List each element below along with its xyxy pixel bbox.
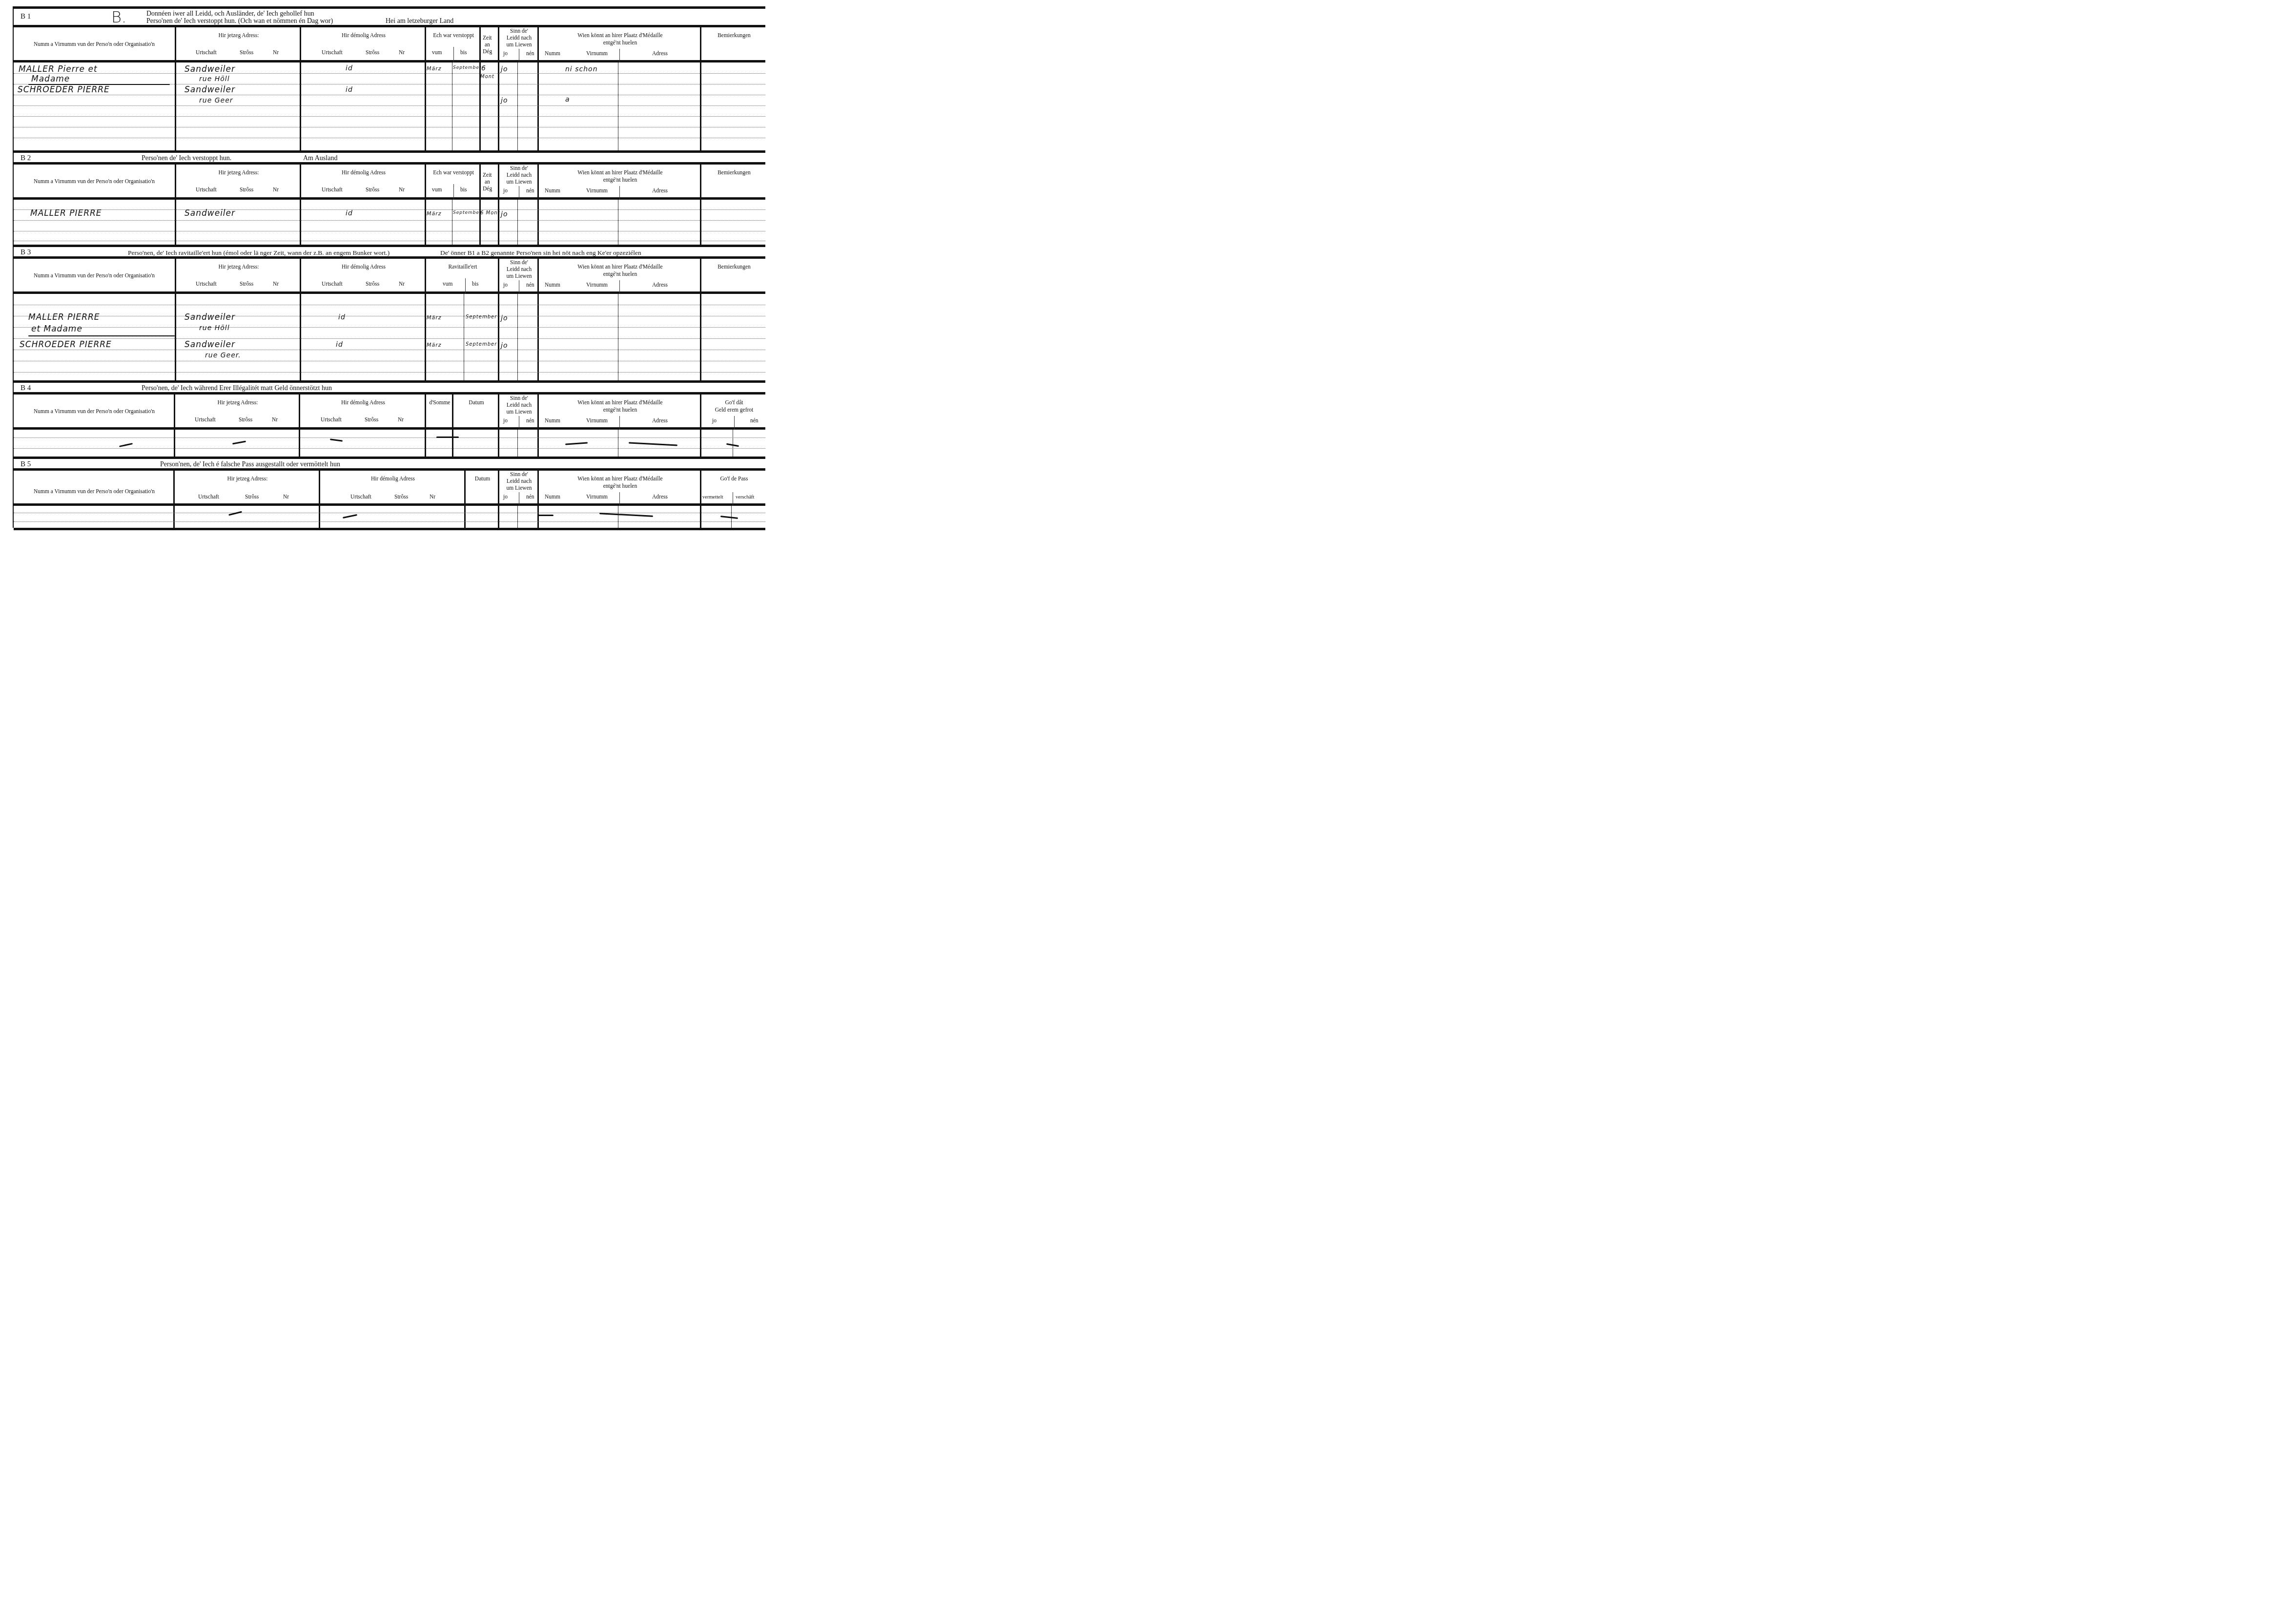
header-nr: Nr: [399, 187, 405, 194]
header-stross: Strôss: [245, 494, 259, 501]
header-sinn-3: um Liewen: [499, 179, 539, 186]
header-nr: Nr: [272, 416, 278, 424]
section-title-extra: Am Ausland: [303, 155, 337, 163]
header-numm: Numm: [545, 282, 560, 289]
column-rule: [700, 294, 701, 380]
header-vum: vum: [432, 187, 442, 194]
column-rule: [700, 430, 701, 457]
questionnaire-form: B 1 B. Donnéen iwer all Leidd, och Auslä…: [13, 6, 765, 528]
header-period-label: Ravitaille'ert: [426, 264, 499, 271]
section-code: B 5: [20, 460, 31, 469]
row-1-medal-name[interactable]: ni schon: [565, 65, 598, 73]
header-virnumm: Virnumm: [586, 494, 608, 501]
header-bis: bis: [460, 49, 467, 57]
header-stross: Strôss: [366, 187, 379, 194]
section-title: Person'nen, de' Iech é falsche Pass ausg…: [160, 461, 340, 469]
divider: [733, 492, 733, 506]
section-b2: B 2 Perso'nen de' Iech verstoppt hun. Am…: [14, 150, 765, 245]
header-vum: vum: [443, 281, 452, 288]
header-bemierkungen: Bemierkungen: [701, 169, 765, 177]
header-nen: nén: [526, 494, 534, 501]
header-bemierkungen: Bemierkungen: [701, 32, 765, 40]
header-bis: bis: [460, 187, 467, 194]
row-1-vum[interactable]: März: [427, 65, 442, 72]
row-1-former-address[interactable]: id: [346, 209, 353, 217]
dotted-row-line: [14, 231, 765, 231]
dotted-row-line: [14, 220, 765, 221]
column-rule: [537, 294, 539, 380]
header-nr: Nr: [273, 187, 279, 194]
section-b3-title-bar: B 3 Perso'nen, de' Iech ravitaille'ert h…: [14, 245, 765, 256]
divider: [619, 186, 620, 200]
header-days: Zeit an Dég: [479, 165, 498, 197]
header-virnumm: Virnumm: [586, 282, 608, 289]
dash-mark: [119, 443, 133, 447]
header-bemierkungen: Bemierkungen: [701, 264, 765, 271]
header-urtschaft: Urtschaft: [196, 281, 217, 288]
header-vermettelt: vermettelt: [702, 494, 723, 501]
header-remarks: Bemierkungen: [700, 165, 765, 197]
header-name: Numm a Virnumm vun der Perso'n oder Orga…: [19, 178, 170, 186]
header-hidden-period: Ech war verstoppt vum bis: [425, 165, 479, 197]
dotted-row-line: [14, 241, 765, 241]
header-sinn-2: Leidd nach: [499, 172, 539, 179]
header-days-1: Zeit: [483, 35, 492, 42]
column-rule: [700, 506, 701, 528]
form-bottom-rule: [14, 528, 765, 530]
header-current-address: Hir jetzeg Adress: Urtschaft Strôss Nr: [175, 165, 300, 197]
dash-mark: [436, 436, 459, 438]
dash-mark: [565, 442, 588, 445]
section-b2-title-bar: B 2 Perso'nen de' Iech verstoppt hun. Am…: [14, 150, 765, 162]
header-virnumm: Virnumm: [586, 417, 608, 425]
header-sinn-1: Sinn de': [499, 259, 539, 266]
row-3-name[interactable]: SCHROEDER PIERRE: [18, 85, 110, 95]
header-gof-pass: Go'f de Pass: [701, 476, 765, 483]
row-4-current-street[interactable]: rue Geer: [199, 97, 233, 104]
header-stross: Strôss: [240, 187, 253, 194]
header-datum: Datum: [466, 476, 499, 483]
row-5-current-street[interactable]: rue Geer.: [205, 352, 241, 359]
column-rule: [517, 200, 518, 245]
header-sinn-3: um Liewen: [499, 485, 539, 492]
divider: [519, 186, 519, 200]
header-jo: jo: [503, 282, 508, 289]
dotted-row-line: [14, 73, 765, 74]
header-sinn: Sinn de' Leidd nach um Liewen jo nén: [498, 27, 537, 60]
dotted-row-line: [14, 513, 765, 513]
header-current-address-label: Hir jetzeg Adress:: [175, 476, 320, 483]
header-nr: Nr: [430, 494, 435, 501]
header-sinn-1: Sinn de': [499, 395, 539, 402]
header-medal: Wien könnt an hirer Plaatz d'Médaille en…: [537, 395, 700, 427]
dash-mark: [330, 438, 343, 442]
header-jo: jo: [503, 50, 508, 58]
row-1-vum[interactable]: März: [427, 210, 442, 217]
dash-mark: [228, 511, 242, 516]
dotted-row-line: [14, 209, 765, 210]
dotted-row-line: [14, 521, 765, 522]
header-urtschaft: Urtschaft: [198, 494, 219, 501]
column-rule: [300, 62, 301, 150]
row-1-current-urtschaft[interactable]: Sandweiler: [184, 208, 235, 218]
header-nr: Nr: [399, 49, 405, 57]
header-urtschaft: Urtschaft: [350, 494, 371, 501]
header-nr: Nr: [398, 416, 404, 424]
header-datum: Datum: [453, 399, 499, 407]
header-medal-2: entgé'nt huelen: [539, 483, 701, 490]
header-sum: d'Somme: [425, 395, 452, 427]
header-bis: bis: [472, 281, 478, 288]
row-4-vum[interactable]: März: [427, 342, 442, 348]
header-former-address-label: Hir démolig Adress: [301, 264, 426, 271]
column-rule: [498, 294, 499, 380]
header-numm: Numm: [545, 50, 560, 58]
section-b3: B 3 Perso'nen, de' Iech ravitaille'ert h…: [14, 245, 765, 380]
column-rule: [618, 200, 618, 245]
row-4-medal-name[interactable]: a: [565, 96, 570, 104]
header-stross: Strôss: [394, 494, 408, 501]
dotted-row-line: [14, 105, 765, 106]
header-former-address-label: Hir démolig Adress: [301, 169, 426, 177]
column-rule: [425, 430, 426, 457]
header-urtschaft: Urtschaft: [322, 49, 343, 57]
divider: [519, 280, 519, 294]
header-current-address-label: Hir jetzeg Adress:: [175, 399, 300, 407]
row-1-jo[interactable]: jo: [501, 210, 508, 218]
header-sinn-2: Leidd nach: [499, 266, 539, 273]
header-medal: Wien könnt an hirer Plaatz d'Médaille en…: [537, 471, 700, 503]
header-former-address: Hir démolig Adress Urtschaft Strôss Nr: [300, 27, 425, 60]
header-sinn-2: Leidd nach: [499, 478, 539, 485]
header-urtschaft: Urtschaft: [195, 416, 216, 424]
header-former-address: Hir démolig Adress Urtschaft Strôss Nr: [319, 471, 464, 503]
dotted-row-line: [14, 361, 765, 361]
row-2-name[interactable]: Madame: [31, 74, 70, 84]
header-virnumm: Virnumm: [586, 187, 608, 195]
header-gof-1: Go'f dât: [701, 399, 765, 407]
dotted-row-line: [14, 95, 765, 95]
separator-stroke: [28, 335, 175, 336]
column-rule: [537, 506, 539, 528]
section-code: B 2: [20, 154, 31, 163]
header-jo: jo: [503, 417, 508, 425]
row-2-current-street[interactable]: rue Höll: [199, 75, 230, 83]
header-sinn-2: Leidd nach: [499, 35, 539, 42]
header-medal-2: entgé'nt huelen: [539, 407, 701, 414]
divider: [453, 47, 454, 62]
header-stross: Strôss: [240, 281, 253, 288]
header-days: Zeit an Dég: [479, 27, 498, 60]
header-adress: Adress: [652, 50, 668, 58]
row-2-days[interactable]: Mont: [480, 74, 494, 80]
column-rule: [300, 200, 301, 245]
divider: [619, 492, 620, 506]
header-former-address: Hir démolig Adress Urtschaft Strôss Nr: [299, 395, 425, 427]
table-header: Numm a Virnumm vun der Perso'n oder Orga…: [14, 392, 765, 430]
section-b4: B 4 Perso'nen, de' Iech während Erer Ill…: [14, 380, 765, 457]
section-b5: B 5 Person'nen, de' Iech é falsche Pass …: [14, 457, 765, 528]
header-medal-1: Wien könnt an hirer Plaatz d'Médaille: [539, 476, 701, 483]
header-medal: Wien könnt an hirer Plaatz d'Médaille en…: [537, 27, 700, 60]
dotted-row-line: [14, 350, 765, 350]
header-period-label: Ech war verstoppt: [426, 169, 481, 177]
section-title: Perso'nen de' Iech verstoppt hun.: [142, 155, 231, 163]
dash-mark: [629, 442, 677, 446]
header-name: Numm a Virnumm vun der Perso'n oder Orga…: [19, 272, 170, 280]
column-rule: [479, 200, 481, 245]
section-title-extra: De' önner B1 a B2 genannte Perso'nen sin…: [440, 249, 641, 257]
header-numm: Numm: [545, 494, 560, 501]
header-adress: Adress: [652, 494, 668, 501]
header-urtschaft: Urtschaft: [196, 187, 217, 194]
column-rule: [452, 62, 452, 150]
row-1-name[interactable]: MALLER Pierre et: [19, 64, 98, 74]
header-hidden-period: Ech war verstoppt vum bis: [425, 27, 479, 60]
column-rule: [618, 294, 618, 380]
column-rule: [464, 506, 466, 528]
row-3-name[interactable]: et Madame: [31, 324, 82, 334]
header-urtschaft: Urtschaft: [321, 416, 342, 424]
header-sinn: Sinn de' Leidd nach um Liewen jo nén: [498, 471, 537, 503]
column-rule: [175, 62, 176, 150]
row-3-former-address[interactable]: id: [346, 86, 353, 94]
table-header: Numm a Virnumm vun der Perso'n oder Orga…: [14, 162, 765, 200]
column-rule: [319, 506, 320, 528]
dash-mark: [720, 516, 738, 519]
header-sinn-3: um Liewen: [499, 42, 539, 48]
divider: [734, 416, 735, 430]
header-former-address-label: Hir démolig Adress: [300, 399, 426, 407]
row-1-jo[interactable]: jo: [501, 65, 508, 73]
column-rule: [464, 294, 464, 380]
section-title: Perso'nen, de' Iech ravitaille'ert hun (…: [128, 249, 389, 257]
section-code: B 1: [20, 13, 31, 21]
header-current-address: Hir jetzeg Adress: Urtschaft Strôss Nr: [173, 471, 319, 503]
dotted-row-line: [14, 116, 765, 117]
row-2-vum[interactable]: März: [427, 314, 442, 321]
header-supplied-period: Ravitaille'ert vum bis: [425, 259, 498, 291]
header-name: Numm a Virnumm vun der Perso'n oder Orga…: [19, 41, 170, 48]
row-2-current-urtschaft[interactable]: Sandweiler: [184, 312, 235, 322]
header-sinn-3: um Liewen: [499, 409, 539, 415]
column-rule: [175, 200, 176, 245]
header-stross: Strôss: [239, 416, 252, 424]
header-current-address-label: Hir jetzeg Adress:: [176, 264, 301, 271]
dotted-row-line: [14, 305, 765, 305]
dotted-row-line: [14, 372, 765, 373]
header-medal-2: entgé'nt huelen: [539, 271, 701, 278]
row-1-name[interactable]: MALLER PIERRE: [30, 208, 102, 218]
header-virnumm: Virnumm: [586, 50, 608, 58]
header-current-address-label: Hir jetzeg Adress:: [176, 169, 301, 177]
column-rule: [425, 62, 426, 150]
header-nen: nén: [526, 417, 534, 425]
column-rule: [517, 294, 518, 380]
header-current-address-label: Hir jetzeg Adress:: [176, 32, 301, 40]
column-rule: [537, 200, 539, 245]
column-rule: [537, 430, 539, 457]
header-sinn-2: Leidd nach: [499, 402, 539, 409]
column-rule: [498, 506, 499, 528]
header-adress: Adress: [652, 417, 668, 425]
header-jo: jo: [503, 187, 508, 195]
column-rule: [618, 62, 618, 150]
section-code: B 4: [20, 384, 31, 393]
header-stross: Strôss: [366, 49, 379, 57]
column-rule: [537, 62, 539, 150]
divider: [619, 416, 620, 430]
row-2-bis[interactable]: September: [466, 314, 497, 320]
column-rule: [452, 200, 452, 245]
divider: [519, 492, 519, 506]
header-nr: Nr: [273, 49, 279, 57]
header-stross: Strôss: [365, 416, 378, 424]
header-nen: nén: [526, 282, 534, 289]
column-rule: [700, 200, 701, 245]
column-rule: [498, 62, 499, 150]
column-rule: [498, 430, 499, 457]
row-1-bis[interactable]: September: [453, 65, 482, 70]
dash-mark: [343, 514, 357, 519]
row-4-jo[interactable]: jo: [501, 342, 508, 350]
header-medal-1: Wien könnt an hirer Plaatz d'Médaille: [539, 399, 701, 407]
row-2-jo[interactable]: jo: [501, 314, 508, 322]
row-1-days[interactable]: 6 Mont: [480, 210, 500, 216]
header-sinn: Sinn de' Leidd nach um Liewen jo nén: [498, 259, 537, 291]
header-days-2: an: [485, 179, 490, 186]
dotted-row-line: [14, 316, 765, 316]
header-money-returned: Go'f dât Geld erem gefrot jo nén: [700, 395, 765, 427]
header-days-3: Dég: [483, 186, 492, 193]
header-stross: Strôss: [240, 49, 253, 57]
header-medal-2: entgé'nt huelen: [539, 40, 701, 47]
dotted-row-line: [14, 127, 765, 127]
row-4-name[interactable]: SCHROEDER PIERRE: [20, 340, 112, 350]
header-current-address: Hir jetzeg Adress: Urtschaft Strôss Nr: [174, 395, 299, 427]
row-2-name[interactable]: MALLER PIERRE: [28, 312, 100, 322]
header-adress: Adress: [652, 187, 668, 195]
section-b4-title-bar: B 4 Perso'nen, de' Iech während Erer Ill…: [14, 380, 765, 392]
header-sinn: Sinn de' Leidd nach um Liewen jo nén: [498, 165, 537, 197]
divider: [453, 184, 454, 200]
section-b1: B 1 B. Donnéen iwer all Leidd, och Auslä…: [14, 6, 765, 150]
header-sinn-1: Sinn de': [499, 28, 539, 35]
column-rule: [618, 430, 618, 457]
header-former-address-label: Hir démolig Adress: [301, 32, 426, 40]
column-rule: [174, 430, 175, 457]
section-title: Perso'nen, de' Iech während Erer Illégal…: [142, 385, 332, 393]
table-header: Numm a Virnumm vun der Perso'n oder Orga…: [14, 25, 765, 62]
section-b5-body: [14, 506, 765, 528]
header-days-2: an: [485, 42, 490, 49]
row-4-bis[interactable]: September: [466, 342, 497, 347]
row-4-former-address[interactable]: id: [336, 341, 343, 349]
header-vum: vum: [432, 49, 442, 57]
row-1-bis[interactable]: September: [453, 210, 482, 215]
section-b1-title-bar: B 1 B. Donnéen iwer all Leidd, och Auslä…: [14, 6, 765, 25]
header-medal-1: Wien könnt an hirer Plaatz d'Médaille: [539, 169, 701, 177]
column-rule: [425, 294, 426, 380]
header-date: Datum: [452, 395, 498, 427]
header-urtschaft: Urtschaft: [196, 49, 217, 57]
header-nen: nén: [750, 417, 758, 425]
header-sinn-3: um Liewen: [499, 273, 539, 280]
header-nr: Nr: [283, 494, 289, 501]
section-title-line1: Donnéen iwer all Leidd, och Ausländer, d…: [146, 10, 314, 18]
form-letter: B.: [111, 8, 126, 26]
header-jo: jo: [503, 494, 508, 501]
dotted-row-line: [14, 338, 765, 339]
header-somme: d'Somme: [426, 399, 453, 407]
header-numm: Numm: [545, 417, 560, 425]
row-4-current-urtschaft[interactable]: Sandweiler: [184, 340, 235, 350]
header-name: Numm a Virnumm vun der Perso'n oder Orga…: [19, 408, 170, 415]
dash-mark: [232, 441, 246, 445]
header-urtschaft: Urtschaft: [322, 281, 343, 288]
row-3-current-urtschaft[interactable]: Sandweiler: [184, 85, 235, 95]
row-3-current-street[interactable]: rue Höll: [199, 324, 230, 332]
divider: [465, 278, 466, 294]
column-rule: [517, 430, 518, 457]
header-days-1: Zeit: [483, 172, 492, 179]
dotted-row-line: [14, 327, 765, 328]
header-medal-1: Wien könnt an hirer Plaatz d'Médaille: [539, 264, 701, 271]
row-1-days[interactable]: 6: [481, 64, 486, 72]
header-nr: Nr: [399, 281, 405, 288]
row-1-former-address[interactable]: id: [346, 64, 353, 72]
dash-mark: [538, 515, 553, 516]
table-header: Numm a Virnumm vun der Perso'n oder Orga…: [14, 256, 765, 294]
header-stross: Strôss: [366, 281, 379, 288]
header-urtschaft: Urtschaft: [322, 187, 343, 194]
header-former-address-label: Hir démolig Adress: [320, 476, 466, 483]
header-gof-2: Geld erem gefrot: [701, 407, 765, 414]
column-rule: [300, 294, 301, 380]
section-title-line2: Perso'nen de' Iech verstoppt hun. (Och w…: [146, 18, 333, 25]
dotted-row-line: [14, 138, 765, 138]
row-1-current-urtschaft[interactable]: Sandweiler: [184, 64, 235, 74]
column-rule: [618, 506, 618, 528]
column-rule: [700, 62, 701, 150]
row-4-jo[interactable]: jo: [501, 97, 508, 104]
header-sinn: Sinn de' Leidd nach um Liewen jo nén: [498, 395, 537, 427]
row-2-former-address[interactable]: id: [338, 313, 346, 321]
divider: [619, 49, 620, 62]
header-sinn-1: Sinn de': [499, 471, 539, 478]
header-medal-1: Wien könnt an hirer Plaatz d'Médaille: [539, 32, 701, 40]
header-remarks: Bemierkungen: [700, 27, 765, 60]
header-former-address: Hir démolig Adress Urtschaft Strôss Nr: [300, 165, 425, 197]
dotted-row-line: [14, 437, 765, 438]
header-nen: nén: [526, 50, 534, 58]
column-rule: [517, 506, 518, 528]
column-rule: [498, 200, 499, 245]
column-rule: [733, 430, 733, 457]
column-rule: [452, 430, 453, 457]
section-b2-body: MALLER PIERRE Sandweiler id März Septemb…: [14, 200, 765, 245]
section-b3-body: MALLER PIERRE et Madame SCHROEDER PIERRE…: [14, 294, 765, 380]
section-b5-title-bar: B 5 Person'nen, de' Iech é falsche Pass …: [14, 457, 765, 468]
column-rule: [425, 200, 426, 245]
table-header: Numm a Virnumm vun der Perso'n oder Orga…: [14, 468, 765, 506]
section-title-extra: Hei am letzeburger Land: [386, 18, 453, 25]
dash-mark: [599, 513, 653, 517]
header-medal: Wien könnt an hirer Plaatz d'Médaille en…: [537, 165, 700, 197]
header-remarks: Bemierkungen: [700, 259, 765, 291]
column-rule: [299, 430, 300, 457]
divider: [519, 416, 519, 430]
